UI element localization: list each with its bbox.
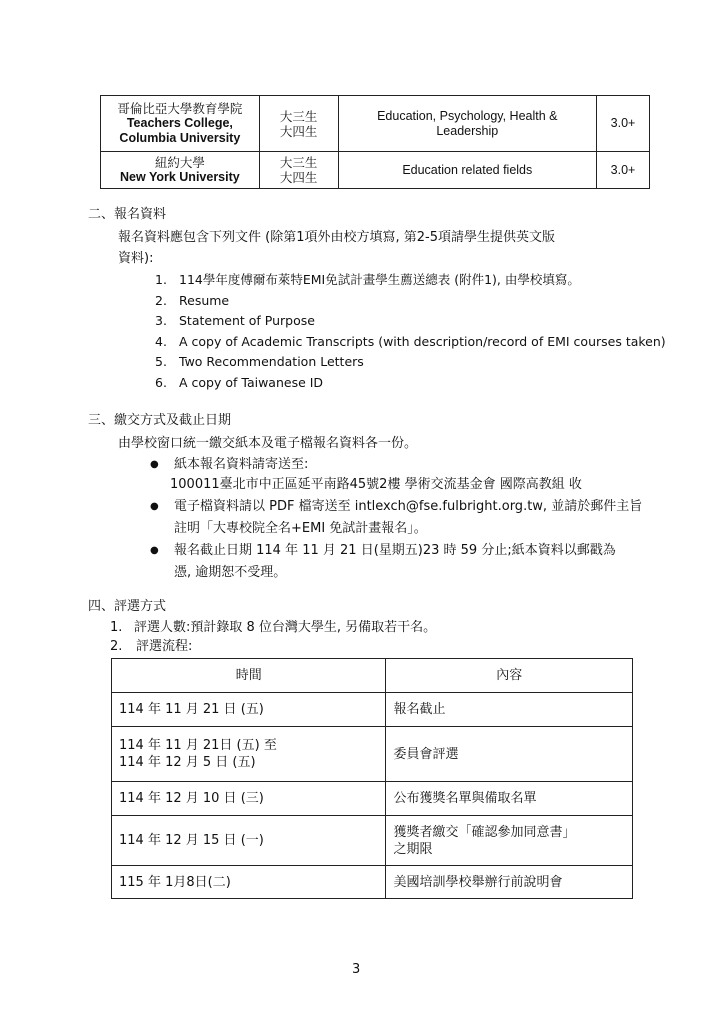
fields-text-line2: Leadership (343, 124, 592, 139)
address-text: 100011臺北市中正區延平南路45號2樓 學術交流基金會 國際高教組 收 (170, 477, 582, 493)
content-text: 獲獎者繳交「確認參加同意書」 (393, 824, 625, 841)
required-documents-list: 1.114學年度傅爾布萊特EMI免試計畫學生薦送總表 (附件1), 由學校填寫。… (155, 272, 655, 396)
table-row: 114 年 11 月 21日 (五) 至 114 年 12 月 5 日 (五) … (112, 727, 633, 782)
bullet-dot-icon: ● (150, 543, 159, 559)
list-item: 2.Resume (155, 293, 655, 314)
item-number: 6. (155, 375, 167, 391)
table-row: 114 年 12 月 10 日 (三) 公布獲獎名單與備取名單 (112, 782, 633, 816)
time-cell: 114 年 12 月 10 日 (三) (112, 782, 386, 816)
section2-intro: 報名資料應包含下列文件 (除第1項外由校方填寫, 第2-5項請學生提供英文版 (118, 230, 555, 246)
university-name-en-line2: Columbia University (105, 131, 255, 146)
bullet-text: 註明「大專校院全名+EMI 免試計畫報名」。 (174, 521, 427, 537)
bullet-item: ● 報名截止日期 114 年 11 月 21 日(星期五)23 時 59 分止;… (150, 543, 660, 565)
time-cell: 114 年 11 月 21日 (五) 至 114 年 12 月 5 日 (五) (112, 727, 386, 782)
mailing-address: 100011臺北市中正區延平南路45號2樓 學術交流基金會 國際高教組 收 (150, 477, 660, 499)
section3-heading: 三、繳交方式及截止日期 (88, 413, 231, 429)
gpa-cell: 3.0+ (597, 152, 650, 189)
fields-cell: Education, Psychology, Health & Leadersh… (338, 96, 596, 152)
gpa-cell: 3.0+ (597, 96, 650, 152)
time-cell: 114 年 12 月 15 日 (一) (112, 816, 386, 866)
grade-label: 大四生 (264, 124, 334, 139)
grade-label: 大三生 (264, 109, 334, 124)
list-item: 5.Two Recommendation Letters (155, 354, 655, 375)
item-number: 2. (155, 293, 167, 309)
bullet-text: 報名截止日期 114 年 11 月 21 日(星期五)23 時 59 分止;紙本… (174, 543, 616, 559)
bullet-dot-icon: ● (150, 457, 159, 473)
item-number: 3. (155, 313, 167, 329)
list-item: 4.A copy of Academic Transcripts (with d… (155, 334, 655, 355)
time-text: 114 年 11 月 21日 (五) 至 (119, 737, 378, 754)
section2-heading: 二、報名資料 (88, 207, 166, 223)
bullet-item: ● 電子檔資料請以 PDF 檔寄送至 intlexch@fse.fulbrigh… (150, 499, 660, 521)
list-item: 3.Statement of Purpose (155, 313, 655, 334)
item-number: 4. (155, 334, 167, 350)
table-row: 114 年 11 月 21 日 (五) 報名截止 (112, 693, 633, 727)
column-header-content: 內容 (386, 659, 633, 693)
time-cell: 115 年 1月8日(二) (112, 866, 386, 899)
item-text: 評選流程: (136, 639, 192, 655)
submission-bullets: ● 紙本報名資料請寄送至: 100011臺北市中正區延平南路45號2樓 學術交流… (150, 457, 660, 587)
item-number: 1. (110, 620, 122, 636)
bullet-item: ● 紙本報名資料請寄送至: (150, 457, 660, 477)
item-text: Two Recommendation Letters (179, 354, 364, 370)
content-text-line2: 之期限 (393, 841, 625, 858)
section2-intro-line2: 資料): (118, 251, 153, 267)
table-row: 紐約大學 New York University 大三生 大四生 Educati… (101, 152, 650, 189)
university-name-zh: 紐約大學 (105, 155, 255, 170)
bullet-dot-icon: ● (150, 499, 159, 515)
grade-label: 大三生 (264, 155, 334, 170)
item-number: 1. (155, 272, 167, 288)
section4-heading: 四、評選方式 (88, 599, 166, 615)
selection-schedule-table: 時間 內容 114 年 11 月 21 日 (五) 報名截止 114 年 11 … (111, 658, 633, 899)
list-item: 6.A copy of Taiwanese ID (155, 375, 655, 396)
table-row: 114 年 12 月 15 日 (一) 獲獎者繳交「確認參加同意書」 之期限 (112, 816, 633, 866)
list-item: 1.114學年度傅爾布萊特EMI免試計畫學生薦送總表 (附件1), 由學校填寫。 (155, 272, 655, 293)
page-number: 3 (352, 962, 360, 977)
content-cell: 委員會評選 (386, 727, 633, 782)
bullet-item-continued: 憑, 逾期恕不受理。 (150, 565, 660, 587)
item-text: A copy of Academic Transcripts (with des… (179, 334, 666, 350)
selection-item: 1. 評選人數:預計錄取 8 位台灣大學生, 另備取若干名。 (110, 620, 610, 640)
table-header-row: 時間 內容 (112, 659, 633, 693)
table-row: 哥倫比亞大學教育學院 Teachers College, Columbia Un… (101, 96, 650, 152)
item-text: A copy of Taiwanese ID (179, 375, 323, 391)
bullet-item-continued: 註明「大專校院全名+EMI 免試計畫報名」。 (150, 521, 660, 543)
item-text: 評選人數:預計錄取 8 位台灣大學生, 另備取若干名。 (134, 620, 436, 636)
content-cell: 報名截止 (386, 693, 633, 727)
university-name-en: Teachers College, (105, 116, 255, 131)
fields-cell: Education related fields (338, 152, 596, 189)
university-name-en: New York University (105, 170, 255, 185)
university-name-cell: 哥倫比亞大學教育學院 Teachers College, Columbia Un… (101, 96, 260, 152)
item-number: 5. (155, 354, 167, 370)
column-header-time: 時間 (112, 659, 386, 693)
item-text: Statement of Purpose (179, 313, 315, 329)
content-cell: 獲獎者繳交「確認參加同意書」 之期限 (386, 816, 633, 866)
university-name-zh: 哥倫比亞大學教育學院 (105, 101, 255, 116)
grades-cell: 大三生 大四生 (259, 152, 338, 189)
item-text: Resume (179, 293, 229, 309)
university-name-cell: 紐約大學 New York University (101, 152, 260, 189)
item-number: 2. (110, 639, 122, 655)
time-text-line2: 114 年 12 月 5 日 (五) (119, 754, 378, 771)
table-row: 115 年 1月8日(二) 美國培訓學校舉辦行前說明會 (112, 866, 633, 899)
fields-text: Education, Psychology, Health & (343, 109, 592, 124)
universities-table: 哥倫比亞大學教育學院 Teachers College, Columbia Un… (100, 95, 650, 189)
bullet-text: 紙本報名資料請寄送至: (174, 457, 308, 473)
item-text: 114學年度傅爾布萊特EMI免試計畫學生薦送總表 (附件1), 由學校填寫。 (179, 272, 580, 288)
content-cell: 公布獲獎名單與備取名單 (386, 782, 633, 816)
grades-cell: 大三生 大四生 (259, 96, 338, 152)
bullet-text: 電子檔資料請以 PDF 檔寄送至 intlexch@fse.fulbright.… (174, 499, 642, 515)
selection-item: 2. 評選流程: (110, 639, 610, 659)
content-cell: 美國培訓學校舉辦行前說明會 (386, 866, 633, 899)
section3-intro: 由學校窗口統一繳交紙本及電子檔報名資料各一份。 (118, 436, 417, 452)
time-cell: 114 年 11 月 21 日 (五) (112, 693, 386, 727)
bullet-text: 憑, 逾期恕不受理。 (174, 565, 286, 581)
grade-label: 大四生 (264, 170, 334, 185)
